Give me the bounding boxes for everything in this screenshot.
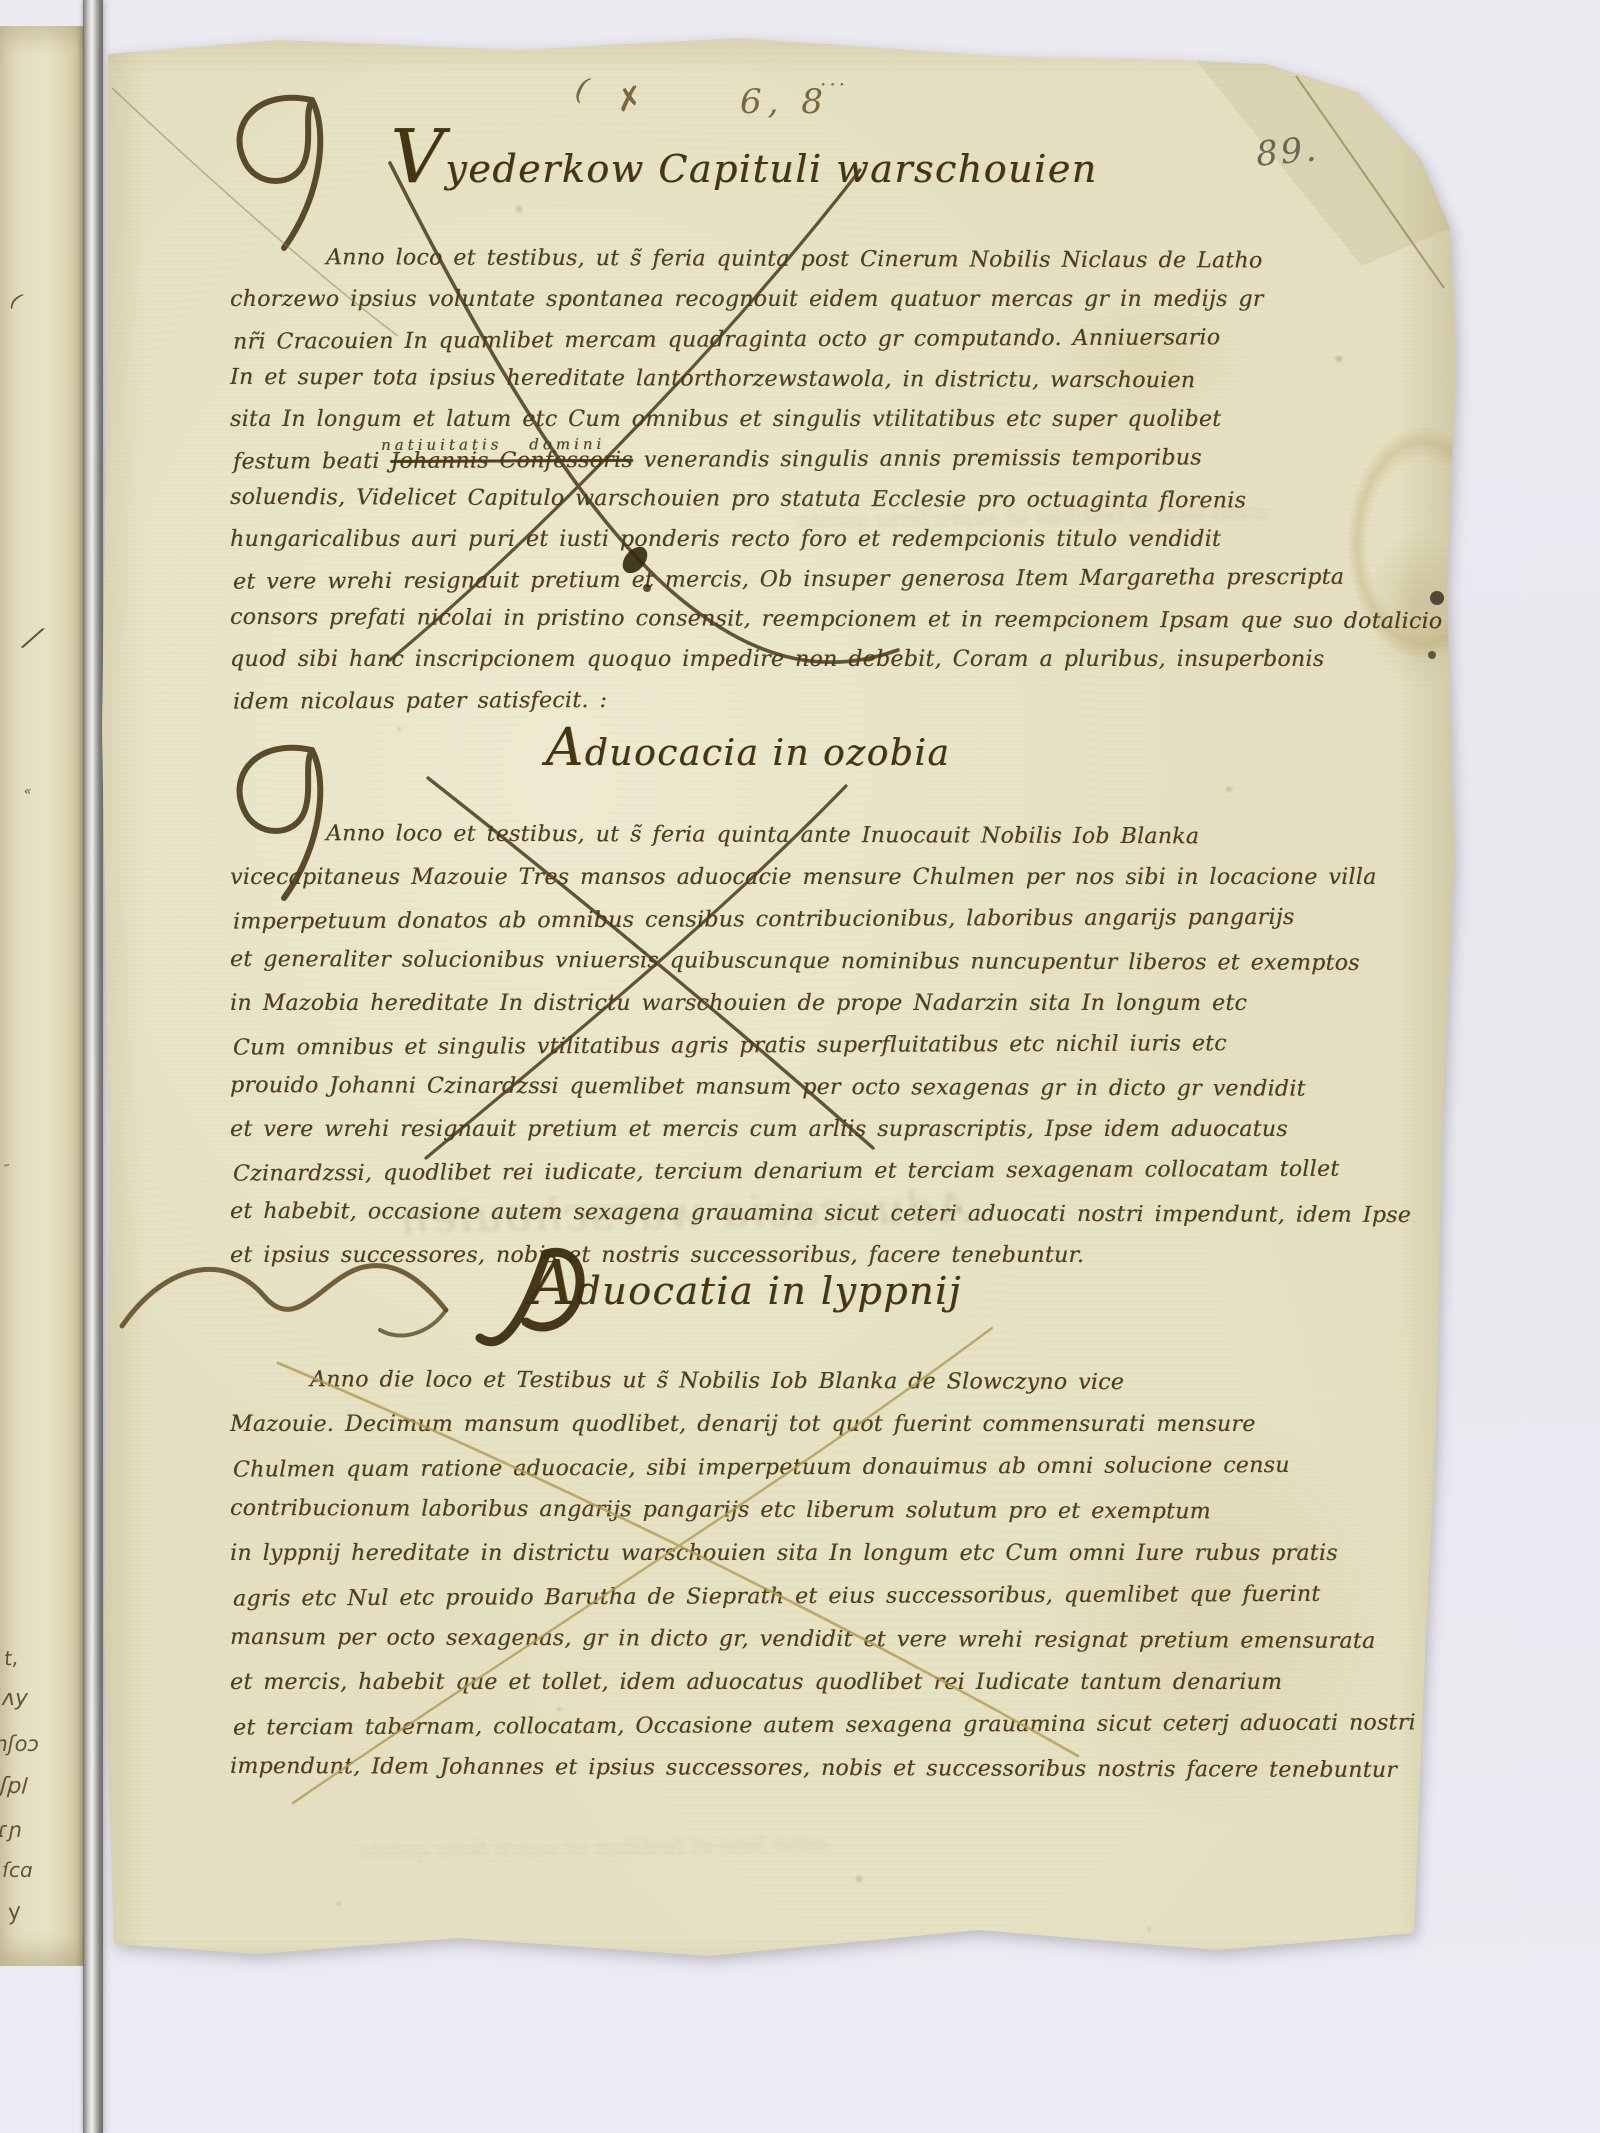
cancellation-x-3: [278, 1328, 1078, 1803]
ink-blot: [618, 542, 653, 578]
interlinear-correction: natiuitatis domini: [381, 424, 605, 465]
text-line: imperpetuum donatos ab omnibus censibus …: [233, 896, 1414, 943]
entry-body-wyderkow: Anno loco et testibus, ut s̃ feria quint…: [230, 240, 1442, 720]
margin-ink-fragment: ſᴄɑ: [2, 1858, 33, 1882]
struck-words: Johannis Confessoris: [390, 448, 633, 474]
text-line: agris etc Nul etc prouido Barutha de Sie…: [233, 1572, 1416, 1620]
stain: [1058, 298, 1248, 418]
text-line: impendunt, Idem Johannes et ipsius succe…: [230, 1745, 1413, 1792]
margin-ink-fragment: ɲʃoɔ: [0, 1732, 39, 1756]
text-line-with-correction: festum beati Johannis Confessoris venera…: [233, 437, 1446, 482]
text-line: In et super tota ipsius hereditate lanto…: [230, 358, 1442, 402]
text-line: vicecapitaneus Mazouie Tres mansos aduoc…: [230, 857, 1411, 899]
folio-number: 89.: [1254, 129, 1320, 174]
entry-heading-wyderkow: Vyederkow Capituli warschouien: [334, 114, 1154, 200]
text-line: et vere wrehi resignauit pretium et merc…: [230, 1109, 1411, 1151]
archival-cross-mark: ✗: [613, 78, 646, 120]
text-line: chorzewo ipsius voluntate spontanea reco…: [230, 280, 1442, 320]
text-line: in Mazobia hereditate In districtu warsc…: [230, 983, 1411, 1025]
flourished-initial-2: [240, 748, 321, 898]
archival-dots-mark: ···: [820, 72, 848, 96]
flourished-initial-3: [122, 1252, 580, 1342]
edge-spot: [1428, 651, 1436, 659]
entry-heading-aduocatia-lyppnij: Aduocatia in lyppnij: [530, 1246, 1130, 1319]
cancellation-x-1: [390, 163, 898, 662]
text-line: prouido Johanni Czinardzssi quemlibet ma…: [230, 1065, 1411, 1111]
text-line: Anno die loco et Testibus ut s̃ Nobilis …: [230, 1358, 1413, 1405]
entry-body-aduocatia-lyppnij: Anno die loco et Testibus ut s̃ Nobilis …: [230, 1360, 1413, 1790]
text-line: nr̃i Cracouien In quamlibet mercam quadr…: [233, 317, 1446, 362]
crease-line-topleft: [112, 88, 398, 336]
margin-ink-fragment: ⁄: [27, 622, 38, 657]
text-line: idem nicolaus pater satisfecit. :: [233, 677, 1446, 722]
crease-line-corner: [1296, 76, 1444, 288]
flourished-initial-1: [240, 98, 321, 248]
margin-ink-fragment: y: [6, 1899, 23, 1926]
text-line: Mazouie. Decimum mansum quodlibet, denar…: [230, 1403, 1413, 1446]
text-line: contribucionum laboribus angarijs pangar…: [230, 1487, 1413, 1534]
edge-spot: [1430, 591, 1444, 605]
text-line: sita In longum et latum etc Cum omnibus …: [230, 400, 1442, 440]
text-line: et mercis, habebit que et tollet, idem a…: [230, 1661, 1413, 1704]
line-rest: venerandis singulis annis premissis temp…: [633, 445, 1202, 472]
corner-fold-shading: [98, 28, 1458, 1990]
text-line: et habebit, occasione autem sexagena gra…: [230, 1191, 1411, 1237]
margin-ink-fragment: ʌy: [2, 1686, 28, 1711]
text-line: in lyppnij hereditate in districtu warsc…: [230, 1532, 1413, 1575]
stain: [1366, 528, 1466, 688]
text-line: et generaliter solucionibus vniuersis qu…: [230, 939, 1411, 985]
parchment-folio: Aduocacia warschouien anno loco et testi…: [98, 28, 1458, 1990]
text-line: Anno loco et testibus, ut s̃ feria quint…: [230, 813, 1411, 859]
showthrough-heading: Aduocacia warschouien: [398, 1183, 969, 1244]
text-line: quod sibi hanc inscripcionem quoquo impe…: [230, 640, 1442, 680]
ink-blot-small: [643, 584, 651, 592]
ink-strokes-overlay: [98, 28, 1458, 1990]
entry-heading-aduocacia-ozobia: Aduocacia in ozobia: [398, 718, 1098, 778]
old-foliation-numbers: 6, 8: [740, 82, 829, 122]
text-line: et terciam tabernam, collocatam, Occasio…: [233, 1701, 1416, 1749]
text-line: hungaricalibus auri puri et iusti ponder…: [230, 520, 1442, 560]
manuscript-scan: ( ⁄ « ˶ t, ʌy ɲʃoɔ ʃpl ɾɲ ſᴄɑ y Aduocaci…: [0, 0, 1600, 2133]
text-line: consors prefati nicolai in pristino cons…: [230, 598, 1442, 642]
cancellation-x-2: [426, 778, 873, 1158]
text-line: et vere wrehi resignauit pretium et merc…: [233, 557, 1446, 602]
margin-ink-fragment: t,: [3, 1645, 20, 1670]
text-line: Chulmen quam ratione aduocacie, sibi imp…: [233, 1443, 1416, 1491]
margin-ink-fragment: ɾɲ: [0, 1818, 22, 1842]
archival-tick-mark: (: [572, 71, 592, 108]
margin-ink-fragment: «: [24, 784, 31, 798]
previous-page-edge: ( ⁄ « ˶ t, ʌy ɲʃoɔ ʃpl ɾɲ ſᴄɑ y: [0, 26, 84, 1966]
stain: [1038, 1408, 1398, 1828]
foxing-spots: [98, 28, 100, 30]
text-line: soluendis, Videlicet Capitulo warschouie…: [230, 478, 1442, 522]
margin-ink-fragment: ˶: [4, 1156, 9, 1173]
margin-ink-fragment: (: [7, 288, 25, 313]
water-stain-ring: [1348, 428, 1498, 658]
text-line: Czinardzssi, quodlibet rei iudicate, ter…: [233, 1148, 1414, 1195]
text-line: Cum omnibus et singulis vtilitatibus agr…: [233, 1022, 1414, 1069]
line-start: festum beati: [233, 449, 390, 475]
entry-body-aduocacia-ozobia: Anno loco et testibus, ut s̃ feria quint…: [230, 815, 1411, 1277]
text-line: Anno loco et testibus, ut s̃ feria quint…: [230, 238, 1442, 282]
showthrough-text: anno loco et testibus ut supra feria qui…: [358, 1824, 828, 1874]
margin-ink-fragment: ʃpl: [0, 1773, 28, 1800]
text-line: et ipsius successores, nobis et nostris …: [230, 1235, 1411, 1277]
text-line: mansum per octo sexagenas, gr in dicto g…: [230, 1616, 1413, 1663]
folio-wrap: Aduocacia warschouien anno loco et testi…: [98, 28, 1458, 1990]
showthrough-text: anno loco et testibus ut supra feria qui…: [798, 494, 1268, 542]
